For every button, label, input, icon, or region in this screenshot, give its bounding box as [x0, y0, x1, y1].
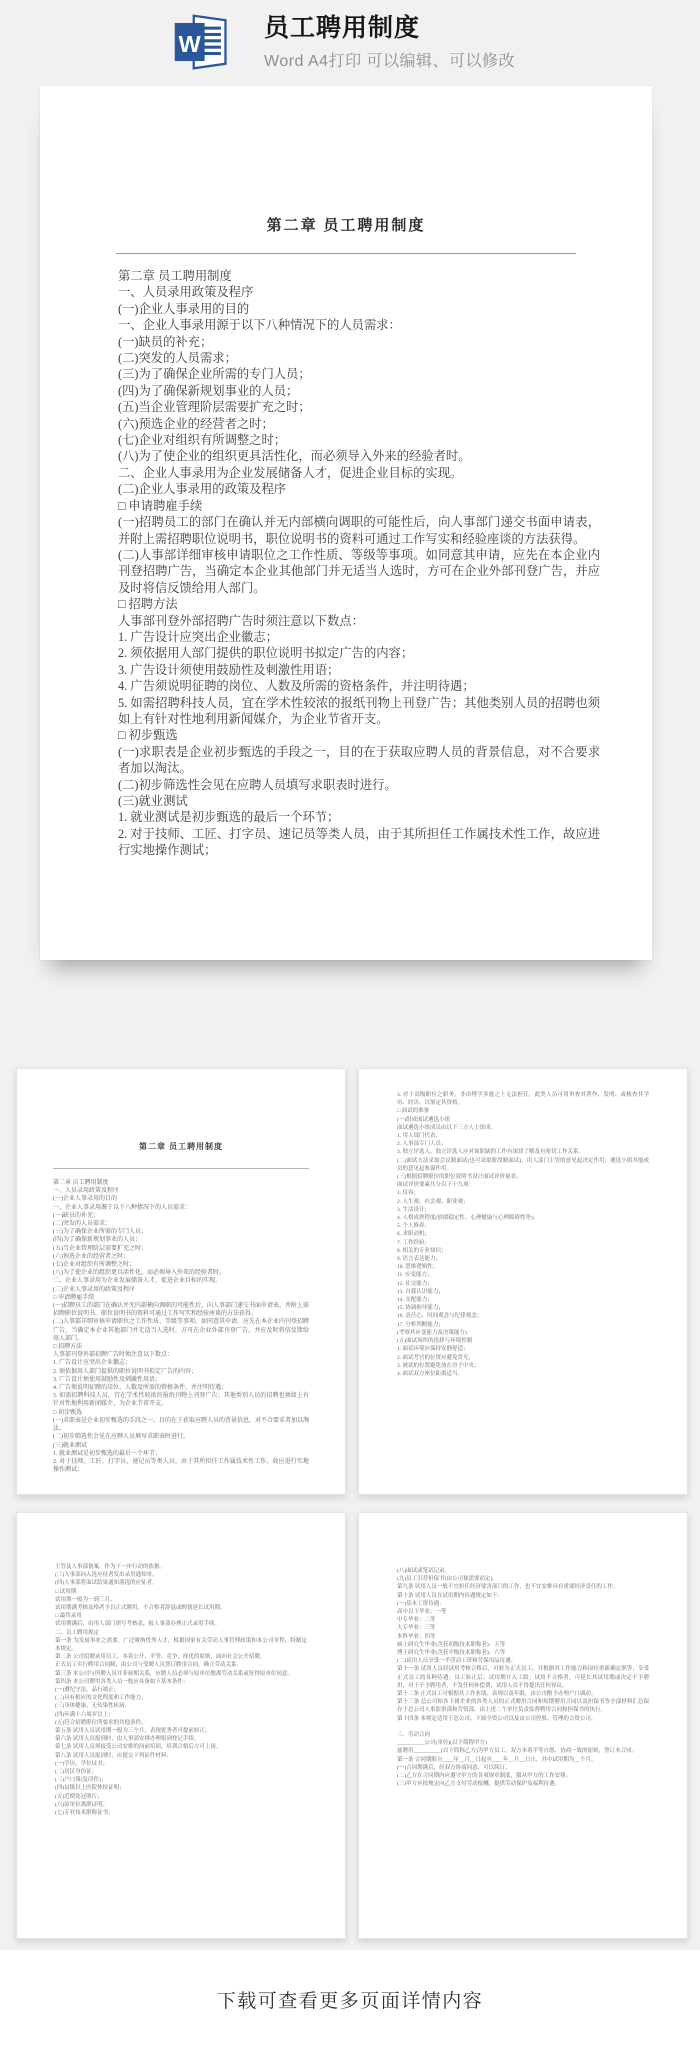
- text-line: 试用期满后，由用人部门填写考核表，报人事部办理正式录用手续。: [55, 1620, 307, 1628]
- text-line: (一)缺员的补充；: [118, 334, 600, 350]
- svg-text:W: W: [179, 31, 202, 57]
- text-line: 第六条 试用人员报到时，由人事部安排办理报到登记手续。: [55, 1735, 307, 1743]
- text-line: (七)企业对组织有所调整之时；: [53, 1261, 309, 1269]
- text-line: 1. 广告设计应突出企业徽志；: [118, 629, 600, 645]
- text-line: 中专毕业：二等: [397, 1616, 649, 1624]
- text-line: □ 申请聘雇手续: [118, 498, 600, 514]
- text-line: (八)为了使企业的组织更具活性化，而必须导入外来的经验者时。: [53, 1269, 309, 1277]
- text-line: (二)突发的人员需求；: [118, 350, 600, 366]
- text-line: (二)乙方在合同期内应遵守甲方的各项规章制度，服从甲方的工作安排。: [397, 1772, 649, 1780]
- text-line: 本科毕业：四等: [397, 1633, 649, 1641]
- text-line: 第九条 试用人员一般不宜担任经济要害部门的工作，也不宜安排具有重要经济责任的工作…: [397, 1583, 649, 1591]
- text-line: 5. 如需招聘科技人员，宜在学术性较浓的报纸刊物上刊登广告；其他类别人员的招聘也…: [118, 695, 600, 728]
- text-line: (二)突发的人员需求；: [53, 1220, 309, 1228]
- text-line: 17. 分析判断能力；: [397, 1321, 649, 1329]
- text-line: (八)为了使企业的组织更具活性化，而必须导入外来的经验者时。: [118, 448, 600, 464]
- text-line: 3. 广告设计须使用鼓励性及刺激性用语；: [118, 662, 600, 678]
- text-line: (四)县级以上医院体检证明；: [55, 1784, 307, 1792]
- text-line: 一、人员录用政策及程序: [53, 1187, 309, 1195]
- text-line: □ 初步甄选: [53, 1409, 309, 1417]
- text-line: 1. 就业测试是初步甄选的最后一个环节；: [118, 809, 600, 825]
- text-line: __________公司(单位)(以下简称甲方): [397, 1739, 649, 1747]
- thumbnail-page-3[interactable]: 主管及人事部备案，作为下一步行动的依据。(三)人事部向入选应征者发出录用通知单。…: [16, 1512, 346, 1939]
- text-line: 高中以下毕业：一等: [397, 1608, 649, 1616]
- text-line: 1. 就业测试是初步甄选的最后一个环节；: [53, 1450, 309, 1458]
- text-line: 一、人员录用政策及程序: [118, 284, 600, 300]
- text-line: 一、企业人事录用源于以下八种情况下的人员需求：: [53, 1204, 309, 1212]
- text-line: 16. 责任心、时间观念与纪律观念；: [397, 1312, 649, 1320]
- text-line: [397, 1723, 649, 1731]
- text-line: 第十二条 正式员工可根据其工作业绩、表现以及年限，由公司酌予办理户口调动。: [397, 1690, 649, 1698]
- text-line: 15. 协调指导能力；: [397, 1304, 649, 1312]
- text-line: 试用期一般为一到三月。: [55, 1596, 307, 1604]
- text-line: (三)就业测试: [53, 1442, 309, 1450]
- text-line: (九)员工引荐担保书(由公司视需要而定)。: [397, 1575, 649, 1583]
- text-line: (四)年满十六周岁以上；: [55, 1711, 307, 1719]
- text-line: 4. 广告须说明征聘的岗位、人数及所需的资格条件，并注明待遇；: [53, 1384, 309, 1392]
- text-line: 人事部刊登外部招聘广告时须注意以下数点：: [53, 1351, 309, 1359]
- text-line: 人事部刊登外部招聘广告时须注意以下数点：: [118, 613, 600, 629]
- text-line: 兹聘用__________(以下简称乙方)为甲方员工，双方本着平等自愿、协商一致…: [397, 1747, 649, 1755]
- text-line: (一)遵纪守法，品行端正；: [55, 1686, 307, 1694]
- text-line: 2. 对于技师、工匠、打字员、速记员等类人员，由于其所担任工作属技术性工作，故应…: [53, 1458, 309, 1474]
- text-line: 硕士研究生毕业(含获初级技术职称者)：五等: [397, 1641, 649, 1649]
- text-line: (五)符合招聘职位所要求的其他条件。: [55, 1719, 307, 1727]
- text-line: 正式员工实行聘用合同制，由公司与受聘人员签订聘用合同，确立劳动关系。: [55, 1661, 307, 1669]
- text-line: 第四条 本公司聘用各类人员一般应具备如下基本条件：: [55, 1678, 307, 1686]
- text-line: 8. 相关的专业知识；: [397, 1247, 649, 1255]
- text-line: 3. 广告设计须使用鼓励性及刺激性用语；: [53, 1376, 309, 1384]
- text-line: (六)预选企业的经营者之时；: [53, 1253, 309, 1261]
- page1-body: 第二章 员工聘用制度一、人员录用政策及程序(一)企业人事录用的目的一、企业人事录…: [40, 268, 652, 859]
- text-line: (五)当企业管理阶层需要扩充之时；: [53, 1245, 309, 1253]
- text-line: (五)面试场所的选择与环境控制: [397, 1337, 649, 1345]
- text-line: 二、员工聘用规定: [55, 1629, 307, 1637]
- text-line: (五)当企业管理阶层需要扩充之时；: [118, 399, 600, 415]
- text-line: 5. 个人修养；: [397, 1222, 649, 1230]
- text-line: (二)人事部详细审核申请职位之工作性质、等级等事项。如同意其申请，应先在本企业内…: [53, 1318, 309, 1343]
- thumb1-title: 第二章 员工聘用制度: [17, 1141, 345, 1152]
- text-line: (二)初步筛选性会见在应聘人员填写求职表时进行。: [118, 777, 600, 793]
- text-line: (三)根据招聘职位的职位说明书设计面试评价量表。: [397, 1173, 649, 1181]
- header-text: 员工聘用制度 Word A4打印 可以编辑、可以修改: [264, 13, 515, 71]
- text-line: (一)学历、学位证书；: [55, 1760, 307, 1768]
- thumb1-body: 第二章 员工聘用制度一、人员录用政策及程序(一)企业人事录用的目的一、企业人事录…: [17, 1179, 345, 1474]
- text-line: 第十三条 总公司和各下属企业的各类人员的正式聘用合同和短期聘用合同以及担保书等全…: [397, 1698, 649, 1714]
- text-line: 9. 语言表达能力；: [397, 1255, 649, 1263]
- text-line: (二)具有相应的文化程度和工作能力；: [55, 1694, 307, 1702]
- text-line: □ 申请聘雇手续: [53, 1294, 309, 1302]
- text-line: 7. 工作经验；: [397, 1239, 649, 1247]
- text-line: (二)初步筛选性会见在应聘人员填写求职表时进行。: [53, 1433, 309, 1441]
- text-line: 2. 人生观、社会观、职业观；: [397, 1198, 649, 1206]
- text-line: 4. 人格成熟程度(情绪稳定性、心理健康与心理障碍性等)；: [397, 1214, 649, 1222]
- text-line: (二)企业人事录用的政策及程序: [118, 481, 600, 497]
- text-line: □ 招聘方法: [118, 596, 600, 612]
- text-line: (一)企业人事录用的目的: [118, 301, 600, 317]
- text-line: 二、企业人事录用为企业发展储备人才，促进企业目标的实现。: [53, 1277, 309, 1285]
- text-line: 第二章 员工聘用制度: [53, 1179, 309, 1187]
- text-line: (一)求职表是企业初步甄选的手段之一，目的在于获取应聘人员的背景信息，对不合要求…: [53, 1417, 309, 1433]
- text-line: 3. 生活设计；: [397, 1206, 649, 1214]
- text-line: 一、企业人事录用源于以下八种情况下的人员需求：: [118, 317, 600, 333]
- text-line: □ 初步甄选: [118, 727, 600, 743]
- text-line: 2. 须依据用人部门提供的职位说明书拟定广告的内容；: [53, 1368, 309, 1376]
- text-line: 主管及人事部备案，作为下一步行动的依据。: [55, 1563, 307, 1571]
- text-line: 大专毕业：三等: [397, 1624, 649, 1632]
- header: W 员工聘用制度 Word A4打印 可以编辑、可以修改: [0, 0, 700, 80]
- text-line: 13. 自我认识能力；: [397, 1288, 649, 1296]
- text-line: 第三条 本公司与所聘人员并非雇佣关系，应聘人员必须与原单位脱离劳动关系或征得原单…: [55, 1670, 307, 1678]
- text-line: (四)为了确保新规划事业的人员；: [118, 383, 600, 399]
- text-line: (三)就业测试: [118, 793, 600, 809]
- document-subtitle: Word A4打印 可以编辑、可以修改: [264, 48, 515, 71]
- text-line: 第一条 为发展事业之需要，广泛吸纳优秀人才，根据国家有关劳动人事管理政策和本公司…: [55, 1637, 307, 1653]
- text-line: 12. 社交能力；: [397, 1280, 649, 1288]
- thumbnail-page-2[interactable]: 3. 对于高级职位之职务，非由博学多能之士无法担任，此类人员可用审查其著作、发明…: [358, 1068, 688, 1495]
- page-root: W 员工聘用制度 Word A4打印 可以编辑、可以修改 第二章 员工聘用制度 …: [0, 0, 700, 2046]
- text-line: 面试遴选小组成员由以下三方人士组成：: [397, 1124, 649, 1132]
- text-line: 第二条 公司招聘录用员工，本着公开、平等、竞争、择优的原则，面向社会公开招聘。: [55, 1653, 307, 1661]
- text-line: (三)甲方应按规定向乙方支付劳动报酬，提供劳动保护及福利待遇。: [397, 1780, 649, 1788]
- text-line: (二)面试方法采取会议制面试(也可采取阶段制面试)，用人部门主管的意见起决定作用…: [397, 1157, 649, 1173]
- text-line: 1. 广告设计应突出企业徽志；: [53, 1359, 309, 1367]
- text-line: 3. 独立评选人。独立评选人应对该职缺的工作有深切了解及有密切工作关系。: [397, 1148, 649, 1156]
- text-line: (七)专业技术职称证书；: [55, 1809, 307, 1817]
- text-line: (一)企业人事录用的目的: [53, 1195, 309, 1203]
- text-line: □ 面试的准备: [397, 1107, 649, 1115]
- main-page-preview[interactable]: 第二章 员工聘用制度 第二章 员工聘用制度一、人员录用政策及程序(一)企业人事录…: [40, 86, 652, 960]
- text-line: (三)人事部向入选应征者发出录用通知单。: [55, 1571, 307, 1579]
- page1-title: 第二章 员工聘用制度: [40, 214, 652, 235]
- document-title: 员工聘用制度: [264, 13, 515, 43]
- footer: 下载可查看更多页面详情内容: [0, 1950, 700, 2046]
- thumb3-body: 主管及人事部备案，作为下一步行动的依据。(三)人事部向入选应征者发出录用通知单。…: [17, 1513, 345, 1817]
- text-line: 1. 面试环境应保持安静舒适；: [397, 1345, 649, 1353]
- text-line: 第五条 试用人员试用期一般为三个月，表现优秀者可提前转正。: [55, 1727, 307, 1735]
- text-line: 第一条 合同期限自____年__月__日起至____年__月__日止，其中试用期…: [397, 1756, 649, 1764]
- thumb4-body: (八)面试或笔试记录。(九)员工引荐担保书(由公司视需要而定)。第九条 试用人员…: [359, 1513, 687, 1788]
- text-line: 3. 对于高级职位之职务，非由博学多能之士无法担任，此类人员可用审查其著作、发明…: [397, 1091, 649, 1107]
- text-line: □ 招聘方法: [53, 1343, 309, 1351]
- text-line: 三、劳动合同: [397, 1731, 649, 1739]
- text-line: 2. 对于技师、工匠、打字员、速记员等类人员，由于其所担任工作属技术性工作，故应…: [118, 826, 600, 859]
- thumb2-body: 3. 对于高级职位之职务，非由博学多能之士无法担任，此类人员可用审查其著作、发明…: [359, 1069, 687, 1378]
- text-line: (六)预选企业的经营者之时；: [118, 416, 600, 432]
- text-line: 1. 用人部门代表；: [397, 1132, 649, 1140]
- text-line: 6. 求职动机；: [397, 1230, 649, 1238]
- word-file-icon: W: [172, 13, 230, 71]
- text-line: 第八条 试用人员报到时，应提交下列证件材料：: [55, 1752, 307, 1760]
- text-line: 3. 被试的位置避免放在房子中央；: [397, 1362, 649, 1370]
- text-line: (四)人事部将面试结果通知落选的应征者。: [55, 1579, 307, 1587]
- text-line: 第十四条 本规定适用于总公司、下属全资公司以及由公司控股、管理的合资公司。: [397, 1715, 649, 1723]
- text-line: 第七条 试用人员须接受公司安排的岗前培训，培训合格后方可上岗。: [55, 1743, 307, 1751]
- text-line: 2. 须依据用人部门提供的职位说明书拟定广告的内容；: [118, 645, 600, 661]
- text-line: 4. 广告须说明征聘的岗位、人数及所需的资格条件，并注明待遇；: [118, 678, 600, 694]
- text-line: 2. 人事部专门人员；: [397, 1140, 649, 1148]
- text-line: 第二章 员工聘用制度: [118, 268, 600, 284]
- text-line: 4. 面试双方座位距离适当。: [397, 1370, 649, 1378]
- text-line: (二)试用人员享受一半浮动工资和劳保用品待遇。: [397, 1657, 649, 1665]
- title-divider: [116, 253, 576, 254]
- text-line: (一)合同期满后，经双方协商同意，可以续订。: [397, 1764, 649, 1772]
- text-line: (二)企业人事录用的政策及程序: [53, 1286, 309, 1294]
- text-line: 面试评价要素共分以下十九项：: [397, 1181, 649, 1189]
- text-line: (一)缺员的补充；: [53, 1212, 309, 1220]
- text-line: (八)面试或笔试记录。: [397, 1567, 649, 1575]
- text-line: 第十条 试用人员在试用期内待遇规定如下：: [397, 1592, 649, 1600]
- thumbnail-page-4[interactable]: (八)面试或笔试记录。(九)员工引荐担保书(由公司视需要而定)。第九条 试用人员…: [358, 1512, 688, 1939]
- text-line: (三)为了确保企业所需的专门人员；: [118, 366, 600, 382]
- thumbnail-page-1[interactable]: 第二章 员工聘用制度 第二章 员工聘用制度一、人员录用政策及程序(一)企业人事录…: [16, 1068, 346, 1495]
- text-line: (一)组成面试遴选小组: [397, 1116, 649, 1124]
- text-line: 11. 应变能力；: [397, 1271, 649, 1279]
- text-line: (一)基本工资待遇：: [397, 1600, 649, 1608]
- text-line: □ 试用期: [55, 1588, 307, 1596]
- text-line: (五)近期免冠照片；: [55, 1793, 307, 1801]
- text-line: (一)招聘员工的部门在确认并无内部横向调职的可能性后，向人事部门递交书面申请表，…: [118, 514, 600, 547]
- thumb1-divider: [53, 1168, 309, 1169]
- text-line: □ 最终录用: [55, 1612, 307, 1620]
- text-line: (二)居民身份证；: [55, 1768, 307, 1776]
- text-line: (三)户口簿(复印件)；: [55, 1776, 307, 1784]
- text-line: 1. 仪容；: [397, 1189, 649, 1197]
- text-line: 5. 如需招聘科技人员，宜在学术性较浓的报纸刊物上刊登广告；其他类别人员的招聘也…: [53, 1392, 309, 1408]
- text-line: 10. 思维逻辑性；: [397, 1263, 649, 1271]
- text-line: (四)为了确保新规划事业的人员；: [53, 1236, 309, 1244]
- text-line: 博士研究生毕业(含获中级技术职称者)：六等: [397, 1649, 649, 1657]
- text-line: 第十一条 试用人员经试用考核合格后，可转为正式员工，并根据其工作能力和岗位重新确…: [397, 1665, 649, 1690]
- text-line: (三)身体健康，无传染性疾病；: [55, 1702, 307, 1710]
- text-line: (三)为了确保企业所需的专门人员；: [53, 1228, 309, 1236]
- text-line: (二)人事部详细审核申请职位之工作性质、等级等事项。如同意其申请，应先在本企业内…: [118, 547, 600, 596]
- text-line: 试用期满考核及格者予以正式聘用，不合格者辞退或酌情延长试用期。: [55, 1604, 307, 1612]
- text-line: (一)求职表是企业初步甄选的手段之一，目的在于获取应聘人员的背景信息，对不合要求…: [118, 744, 600, 777]
- text-line: 14. 支配能力；: [397, 1296, 649, 1304]
- text-line: 二、企业人事录用为企业发展储备人才，促进企业目标的实现。: [118, 465, 600, 481]
- text-line: (一)招聘员工的部门在确认并无内部横向调职的可能性后，向人事部门递交书面申请表，…: [53, 1302, 309, 1318]
- text-line: 2. 面试考官的位置应避免背光；: [397, 1354, 649, 1362]
- text-line: (考察其应变能力及决策能力): [397, 1329, 649, 1337]
- text-line: (七)企业对组织有所调整之时；: [118, 432, 600, 448]
- text-line: (六)原单位离职证明；: [55, 1801, 307, 1809]
- download-caption: 下载可查看更多页面详情内容: [0, 1986, 700, 2013]
